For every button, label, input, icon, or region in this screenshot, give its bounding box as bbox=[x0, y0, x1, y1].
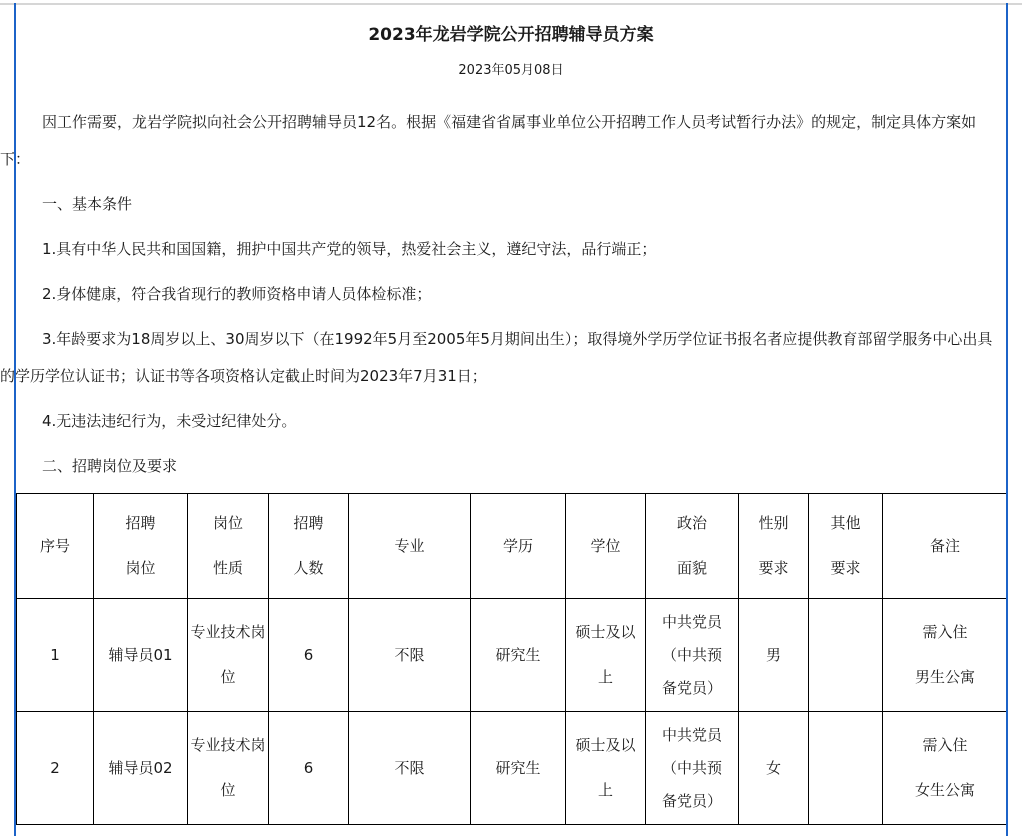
table-cell: 中共党员 （中共预 备党员） bbox=[646, 712, 739, 825]
paragraph-intro: 因工作需要，龙岩学院拟向社会公开招聘辅导员12名。根据《福建省省属事业单位公开招… bbox=[0, 104, 1006, 178]
table-cell: 男 bbox=[739, 599, 809, 712]
header-cell-7: 政治 面貌 bbox=[646, 494, 739, 599]
table-cell: 需入住 女生公寓 bbox=[883, 712, 1008, 825]
condition-item-4: 4.无违法违纪行为，未受过纪律处分。 bbox=[0, 403, 1006, 440]
header-cell-8: 性别 要求 bbox=[739, 494, 809, 599]
table-cell: 研究生 bbox=[471, 599, 566, 712]
table-cell: 中共党员 （中共预 备党员） bbox=[646, 599, 739, 712]
header-cell-6: 学位 bbox=[566, 494, 646, 599]
table-row: 1辅导员01专业技术岗 位6不限研究生硕士及以 上中共党员 （中共预 备党员）男… bbox=[17, 599, 1008, 712]
table-cell bbox=[809, 599, 883, 712]
table-cell: 不限 bbox=[349, 599, 471, 712]
table-cell: 辅导员02 bbox=[94, 712, 188, 825]
header-cell-10: 备注 bbox=[883, 494, 1008, 599]
table-cell: 需入住 男生公寓 bbox=[883, 599, 1008, 712]
table-cell: 辅导员01 bbox=[94, 599, 188, 712]
section-heading-positions: 二、招聘岗位及要求 bbox=[0, 448, 1006, 485]
table-cell: 6 bbox=[269, 599, 349, 712]
left-accent-border bbox=[14, 3, 16, 836]
section-heading-basic-conditions: 一、基本条件 bbox=[0, 186, 1006, 223]
table-cell: 研究生 bbox=[471, 712, 566, 825]
header-cell-2: 岗位 性质 bbox=[188, 494, 269, 599]
article-body: 因工作需要，龙岩学院拟向社会公开招聘辅导员12名。根据《福建省省属事业单位公开招… bbox=[0, 104, 1022, 825]
page-title: 2023年龙岩学院公开招聘辅导员方案 bbox=[0, 22, 1022, 48]
header-cell-5: 学历 bbox=[471, 494, 566, 599]
condition-item-2: 2.身体健康，符合我省现行的教师资格申请人员体检标准； bbox=[0, 276, 1006, 313]
table-cell: 6 bbox=[269, 712, 349, 825]
table-cell: 2 bbox=[17, 712, 94, 825]
table-cell: 专业技术岗 位 bbox=[188, 599, 269, 712]
right-accent-border bbox=[1006, 3, 1008, 836]
table-cell: 1 bbox=[17, 599, 94, 712]
table-cell: 专业技术岗 位 bbox=[188, 712, 269, 825]
recruitment-table: 序号招聘 岗位岗位 性质招聘 人数专业学历学位政治 面貌性别 要求其他 要求备注… bbox=[16, 493, 1008, 825]
article-page: 2023年龙岩学院公开招聘辅导员方案 2023年05月08日 因工作需要，龙岩学… bbox=[0, 22, 1022, 825]
header-cell-1: 招聘 岗位 bbox=[94, 494, 188, 599]
table-header-row: 序号招聘 岗位岗位 性质招聘 人数专业学历学位政治 面貌性别 要求其他 要求备注 bbox=[17, 494, 1008, 599]
table-cell: 女 bbox=[739, 712, 809, 825]
condition-item-3: 3.年龄要求为18周岁以上、30周岁以下（在1992年5月至2005年5月期间出… bbox=[0, 321, 1006, 395]
table-cell: 硕士及以 上 bbox=[566, 599, 646, 712]
table-cell bbox=[809, 712, 883, 825]
header-cell-3: 招聘 人数 bbox=[269, 494, 349, 599]
header-cell-0: 序号 bbox=[17, 494, 94, 599]
table-cell: 不限 bbox=[349, 712, 471, 825]
publish-date: 2023年05月08日 bbox=[0, 62, 1022, 80]
top-divider bbox=[0, 3, 1022, 5]
table-row: 2辅导员02专业技术岗 位6不限研究生硕士及以 上中共党员 （中共预 备党员）女… bbox=[17, 712, 1008, 825]
table-cell: 硕士及以 上 bbox=[566, 712, 646, 825]
header-cell-4: 专业 bbox=[349, 494, 471, 599]
condition-item-1: 1.具有中华人民共和国国籍，拥护中国共产党的领导，热爱社会主义，遵纪守法，品行端… bbox=[0, 231, 1006, 268]
header-cell-9: 其他 要求 bbox=[809, 494, 883, 599]
